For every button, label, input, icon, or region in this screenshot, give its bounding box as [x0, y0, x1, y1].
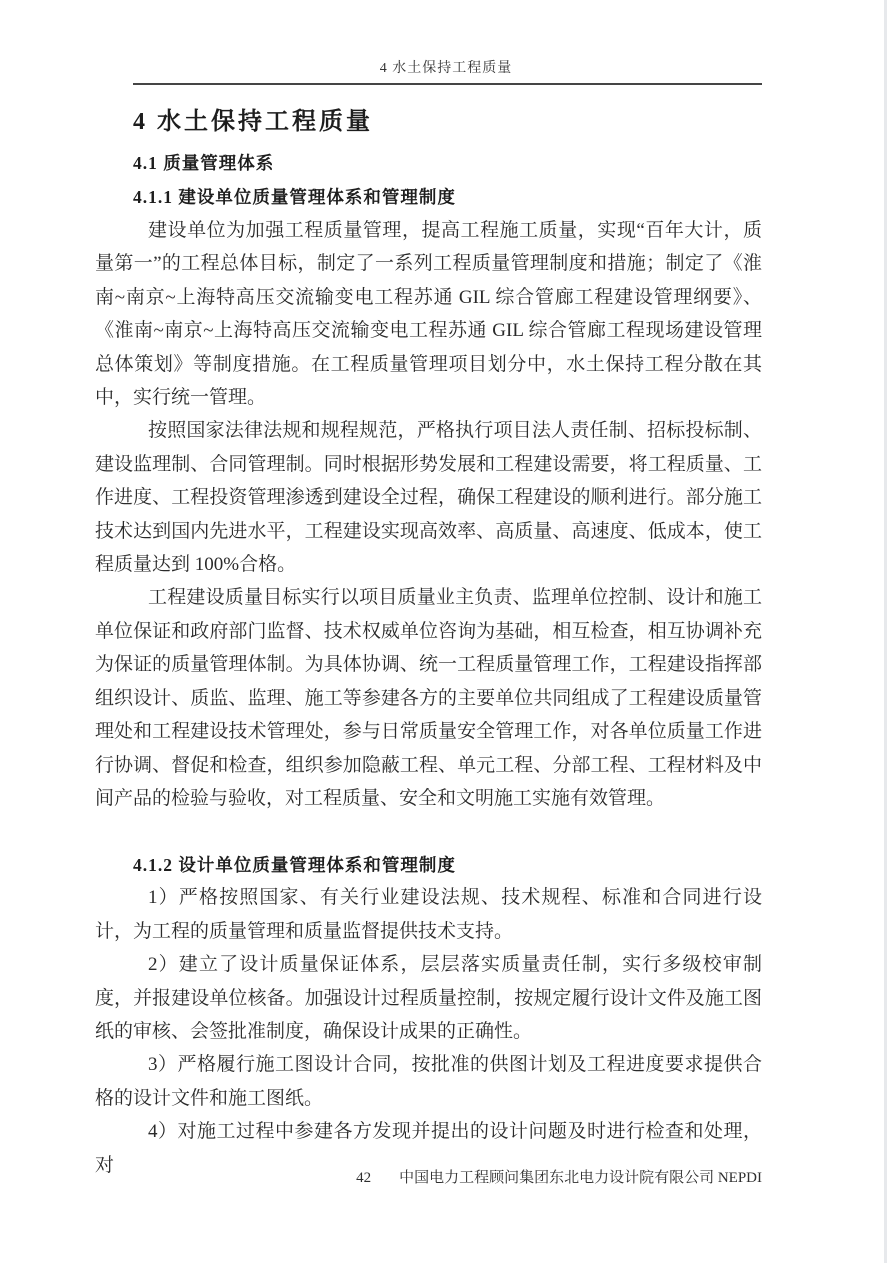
page-number: 42: [356, 1168, 371, 1188]
numbered-item-3: 3）严格履行施工图设计合同，按批准的供图计划及工程进度要求提供合格的设计文件和施…: [95, 1048, 762, 1115]
paragraph-3: 工程建设质量目标实行以项目质量业主负责、监理单位控制、设计和施工单位保证和政府部…: [95, 581, 762, 815]
section-4-1-1-heading: 4.1.1 建设单位质量管理体系和管理制度: [133, 187, 762, 207]
page-content: 4 水土保持工程质量 4.1 质量管理体系 4.1.1 建设单位质量管理体系和管…: [95, 83, 762, 1182]
document-page: 4 水土保持工程质量 4 水土保持工程质量 4.1 质量管理体系 4.1.1 建…: [0, 0, 892, 1263]
page-footer: 42 中国电力工程顾问集团东北电力设计院有限公司 NEPDI: [95, 1168, 762, 1188]
chapter-title: 4 水土保持工程质量: [133, 109, 762, 135]
paragraph-1: 建设单位为加强工程质量管理，提高工程施工质量，实现“百年大计，质量第一”的工程总…: [95, 214, 762, 414]
numbered-item-1: 1）严格按照国家、有关行业建设法规、技术规程、标准和合同进行设计，为工程的质量管…: [95, 881, 762, 948]
footer-company: 中国电力工程顾问集团东北电力设计院有限公司 NEPDI: [399, 1168, 762, 1188]
running-header-text: 4 水土保持工程质量: [380, 61, 513, 76]
header-rule: [133, 83, 762, 85]
running-header: 4 水土保持工程质量: [0, 0, 892, 78]
numbered-items: 1）严格按照国家、有关行业建设法规、技术规程、标准和合同进行设计，为工程的质量管…: [95, 881, 762, 1182]
section-4-1-2-heading: 4.1.2 设计单位质量管理体系和管理制度: [133, 855, 762, 875]
page-right-edge: [884, 0, 887, 1263]
numbered-item-2: 2）建立了设计质量保证体系，层层落实质量责任制，实行多级校审制度，并报建设单位核…: [95, 948, 762, 1048]
paragraph-2: 按照国家法律法规和规程规范，严格执行项目法人责任制、招标投标制、建设监理制、合同…: [95, 414, 762, 581]
section-4-1-heading: 4.1 质量管理体系: [133, 153, 762, 173]
